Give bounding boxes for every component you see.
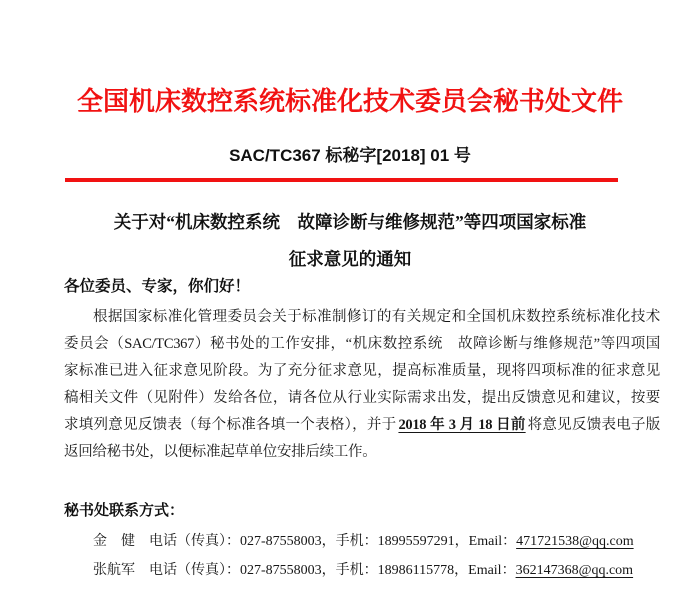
subject-title: 关于对“机床数控系统 故障诊断与维修规范”等四项国家标准 征求意见的通知 <box>0 204 700 278</box>
body-line-1: 根据国家标准化管理委员会关于标准制修订的有关规定和全国机床数控系统标准化技术 <box>64 304 660 331</box>
body-line-6: 返回给秘书处，以便标准起草单位安排后续工作。 <box>64 439 660 466</box>
contact-info: 金 健 电话（传真）：027-87558003，手机：18995597291，E… <box>93 534 516 549</box>
body-line-5-pre: 求填列意见反馈表（每个标准各填一个表格），并于 <box>64 417 396 433</box>
document-number: SAC/TC367 标秘字[2018] 01 号 <box>0 145 700 167</box>
contacts-heading: 秘书处联系方式： <box>64 501 184 521</box>
salutation: 各位委员、专家，你们好！ <box>64 276 250 298</box>
contact-list: 金 健 电话（传真）：027-87558003，手机：18995597291，E… <box>93 528 653 585</box>
body-line-3: 家标准已进入征求意见阶段。为了充分征求意见，提高标准质量，现将四项标准的征求意见 <box>64 358 660 385</box>
deadline-emphasis: 2018 年 3 月 18 日前 <box>398 417 525 433</box>
contact-info: 张航军 电话（传真）：027-87558003，手机：18986115778，E… <box>93 563 516 578</box>
body-paragraph: 根据国家标准化管理委员会关于标准制修订的有关规定和全国机床数控系统标准化技术 委… <box>64 304 660 466</box>
contact-row: 金 健 电话（传真）：027-87558003，手机：18995597291，E… <box>93 528 653 557</box>
body-line-5-post: 将意见反馈表电子版 <box>528 417 660 433</box>
document-page: 全国机床数控系统标准化技术委员会秘书处文件 SAC/TC367 标秘字[2018… <box>0 0 700 596</box>
contact-email-link[interactable]: 362147368@qq.com <box>516 563 634 578</box>
subject-title-line-1: 关于对“机床数控系统 故障诊断与维修规范”等四项国家标准 <box>0 204 700 241</box>
red-divider-line <box>65 178 618 182</box>
letterhead-org-title: 全国机床数控系统标准化技术委员会秘书处文件 <box>0 86 700 116</box>
body-line-4: 稿相关文件（见附件）发给各位，请各位从行业实际需求出发，提出反馈意见和建议，按要 <box>64 385 660 412</box>
subject-title-line-2: 征求意见的通知 <box>0 241 700 278</box>
contact-email-link[interactable]: 471721538@qq.com <box>516 534 634 549</box>
body-line-5: 求填列意见反馈表（每个标准各填一个表格），并于2018 年 3 月 18 日前将… <box>64 412 660 439</box>
contact-row: 张航军 电话（传真）：027-87558003，手机：18986115778，E… <box>93 557 653 586</box>
body-line-2: 委员会（SAC/TC367）秘书处的工作安排，“机床数控系统 故障诊断与维修规范… <box>64 331 660 358</box>
